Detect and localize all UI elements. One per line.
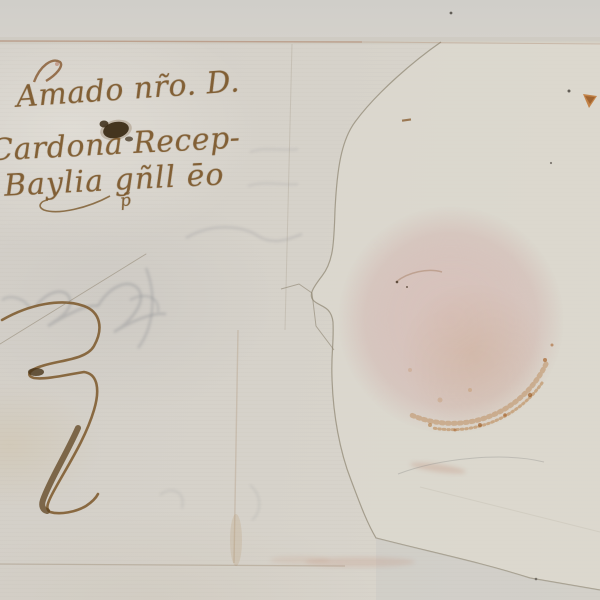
seal-inner-marks bbox=[396, 270, 442, 288]
seal-rim-speckles bbox=[408, 344, 554, 432]
faint-streaks bbox=[270, 460, 466, 567]
hairline-stroke bbox=[0, 254, 146, 344]
signature-flourish bbox=[0, 254, 146, 513]
paper-specks bbox=[402, 12, 597, 581]
manuscript-letter-photo: Amado nr̃o. D. Cardona Recep- Baylia gñl… bbox=[0, 0, 600, 600]
